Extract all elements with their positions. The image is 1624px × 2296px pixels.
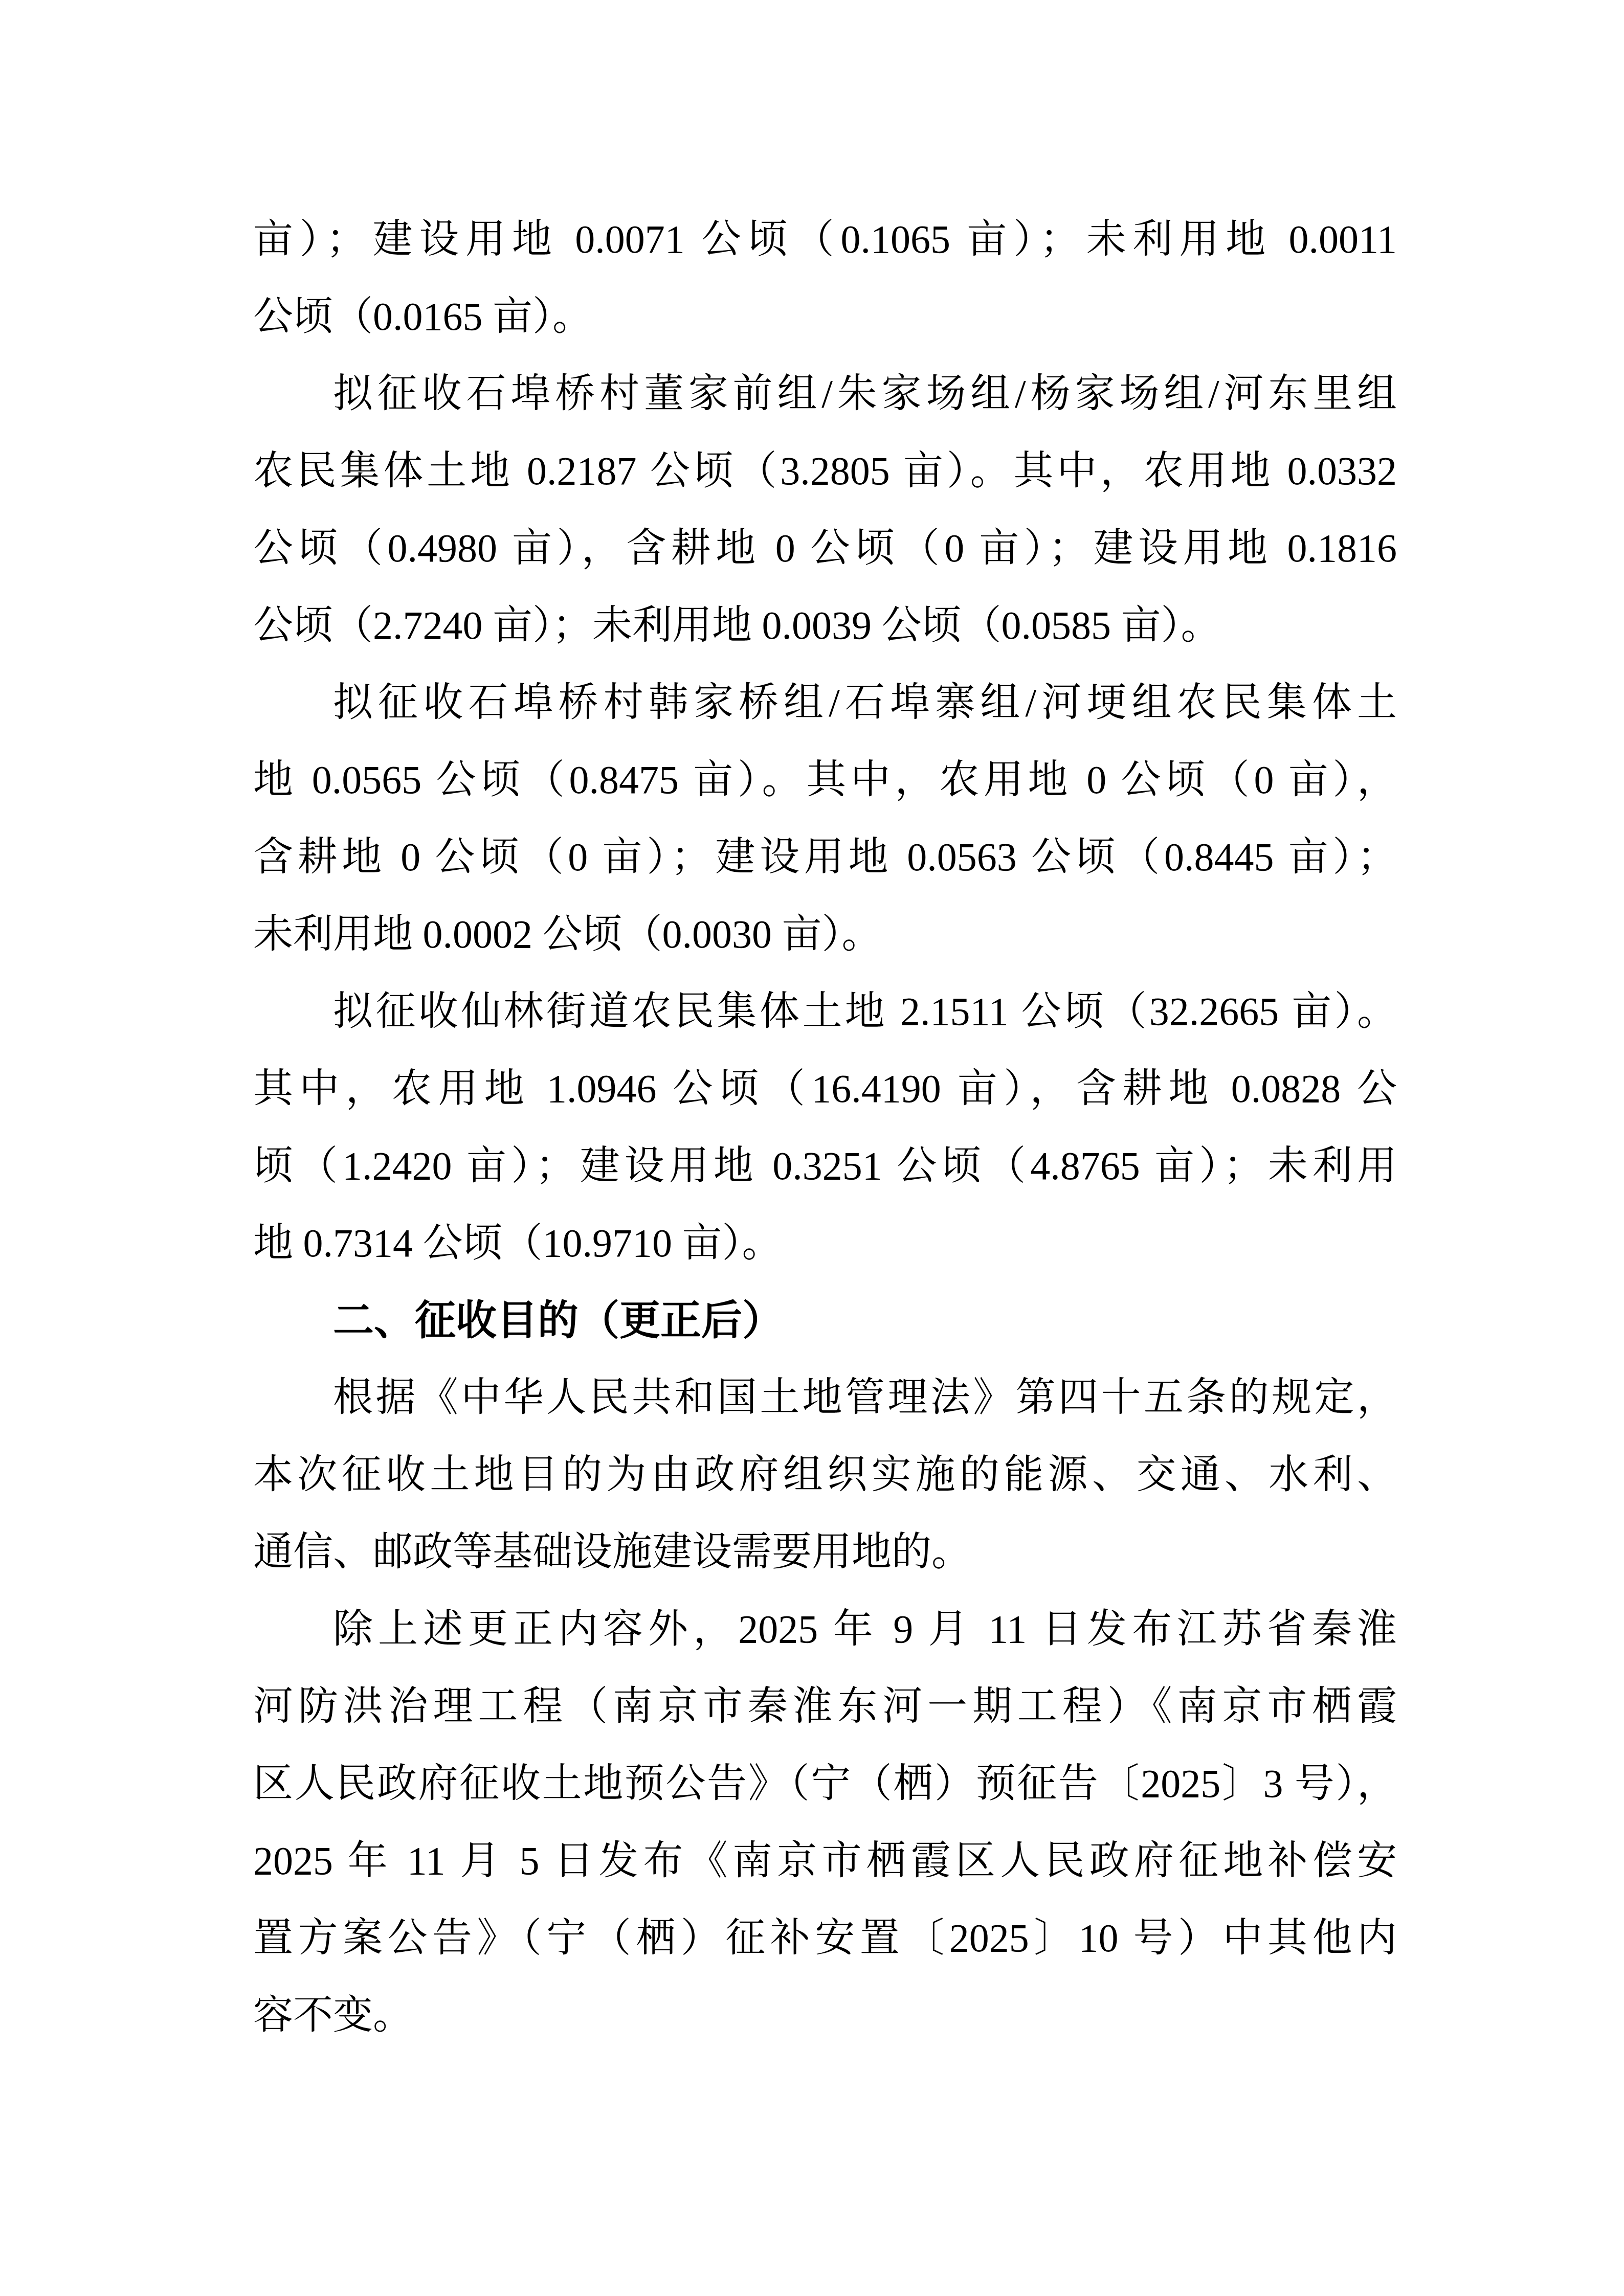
text-line: 根据《中华人民共和国土地管理法》第四十五条的规定， (253, 1359, 1397, 1436)
text-line: 拟征收仙林街道农民集体土地 2.1511 公顷（32.2665 亩）。 (253, 973, 1397, 1050)
text-line: 农民集体土地 0.2187 公顷（3.2805 亩）。其中，农用地 0.0332 (253, 432, 1397, 509)
text-line: 公顷（0.0165 亩）。 (253, 278, 1397, 355)
text-line: 区人民政府征收土地预公告》（宁（栖）预征告〔2025〕3 号）， (253, 1745, 1397, 1822)
text-line: 2025 年 11 月 5 日发布《南京市栖霞区人民政府征地补偿安 (253, 1822, 1397, 1899)
text-line: 未利用地 0.0002 公顷（0.0030 亩）。 (253, 895, 1397, 973)
text-line: 其中，农用地 1.0946 公顷（16.4190 亩），含耕地 0.0828 公 (253, 1050, 1397, 1127)
text-line: 置方案公告》（宁（栖）征补安置〔2025〕10 号）中其他内 (253, 1899, 1397, 1976)
text-line: 含耕地 0 公顷（0 亩）；建设用地 0.0563 公顷（0.8445 亩）； (253, 818, 1397, 895)
text-line: 公顷（0.4980 亩），含耕地 0 公顷（0 亩）；建设用地 0.1816 (253, 509, 1397, 587)
section-heading: 二、征收目的（更正后） (253, 1281, 1397, 1359)
text-line: 地 0.7314 公顷（10.9710 亩）。 (253, 1204, 1397, 1281)
text-line: 拟征收石埠桥村韩家桥组/石埠寨组/河埂组农民集体土 (253, 664, 1397, 741)
text-line: 除上述更正内容外，2025 年 9 月 11 日发布江苏省秦淮 (253, 1590, 1397, 1668)
text-line: 顷（1.2420 亩）；建设用地 0.3251 公顷（4.8765 亩）；未利用 (253, 1127, 1397, 1204)
document-page: 亩）；建设用地 0.0071 公顷（0.1065 亩）；未利用地 0.0011 … (0, 0, 1624, 2296)
text-line: 本次征收土地目的为由政府组织实施的能源、交通、水利、 (253, 1436, 1397, 1513)
text-line: 亩）；建设用地 0.0071 公顷（0.1065 亩）；未利用地 0.0011 (253, 200, 1397, 278)
text-line: 地 0.0565 公顷（0.8475 亩）。其中，农用地 0 公顷（0 亩）， (253, 741, 1397, 818)
text-line: 拟征收石埠桥村董家前组/朱家场组/杨家场组/河东里组 (253, 355, 1397, 432)
document-body: 亩）；建设用地 0.0071 公顷（0.1065 亩）；未利用地 0.0011 … (253, 200, 1397, 2054)
text-line: 容不变。 (253, 1976, 1397, 2054)
text-line: 通信、邮政等基础设施建设需要用地的。 (253, 1513, 1397, 1590)
text-line: 公顷（2.7240 亩）；未利用地 0.0039 公顷（0.0585 亩）。 (253, 587, 1397, 664)
text-line: 河防洪治理工程（南京市秦淮东河一期工程）《南京市栖霞 (253, 1668, 1397, 1745)
